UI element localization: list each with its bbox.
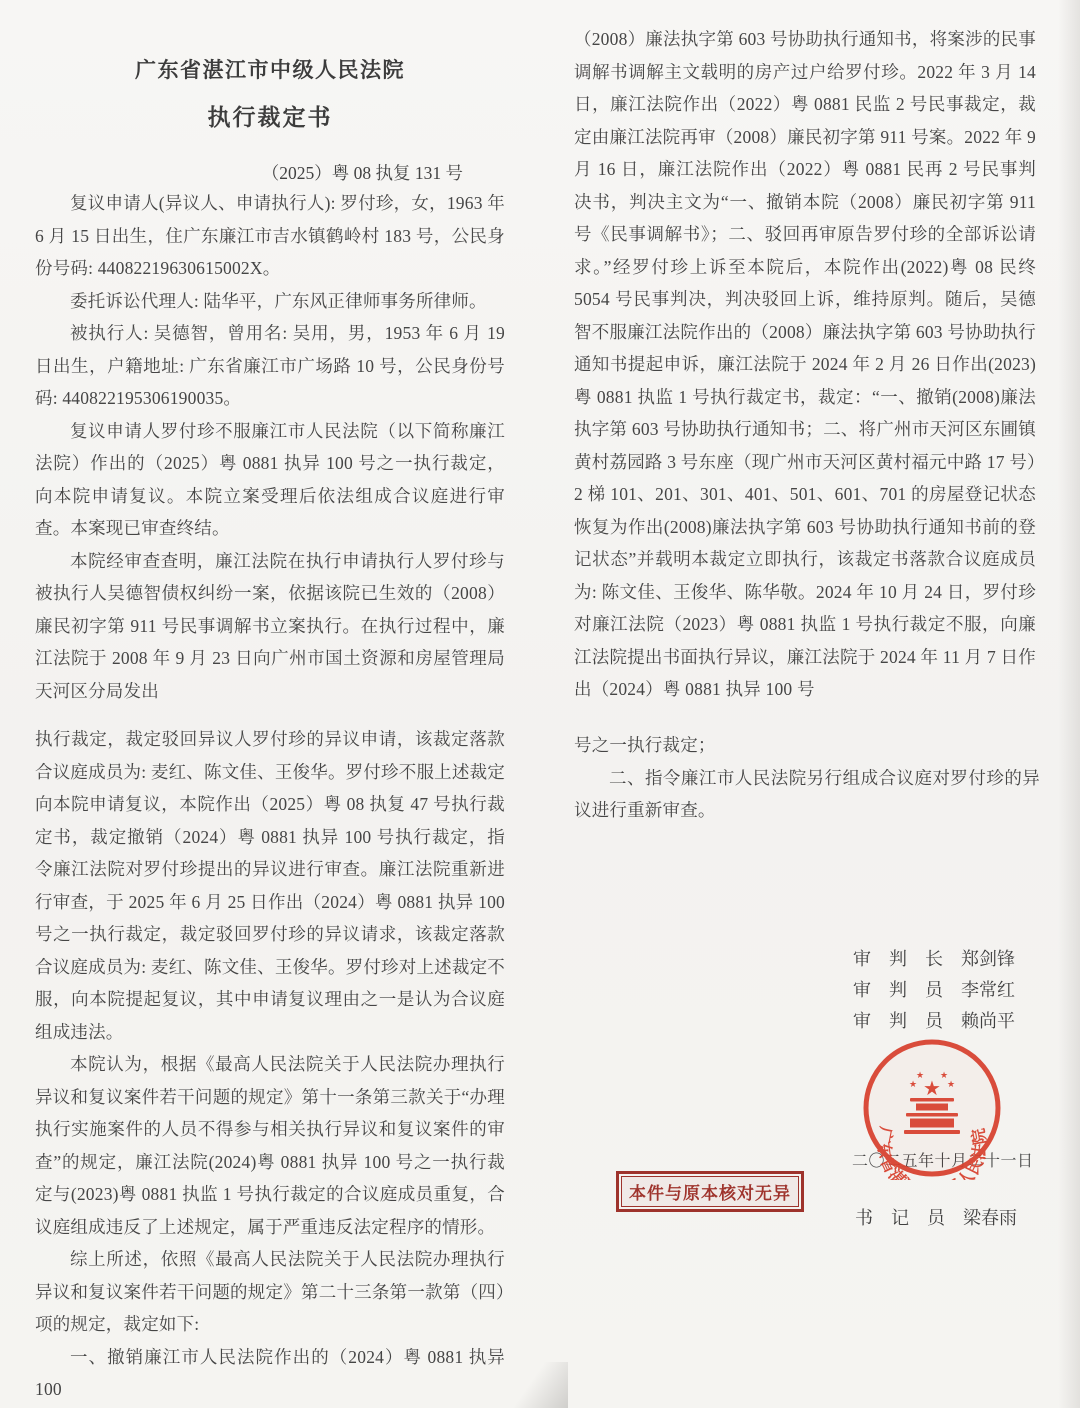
paragraph: 综上所述，依照《最高人民法院关于人民法院办理执行异议和复议案件若干问题的规定》第… (35, 1243, 505, 1341)
scan-edge-shadow (1058, 0, 1080, 1408)
case-number: （2025）粤 08 执复 131 号 (35, 160, 505, 186)
paragraph: 执行裁定，裁定驳回异议人罗付珍的异议申请，该裁定落款合议庭成员为: 麦红、陈文佳… (35, 723, 505, 1048)
svg-text:★: ★ (923, 1078, 941, 1100)
court-name: 广东省湛江市中级人民法院 (35, 55, 505, 85)
judge-name: 赖尚平 (961, 1011, 1015, 1031)
judge-role: 审 判 员 (853, 980, 943, 1000)
judge-role: 审 判 员 (853, 1011, 943, 1031)
svg-text:★: ★ (947, 1079, 955, 1089)
paragraph: 委托诉讼代理人: 陆华平，广东风正律师事务所律师。 (35, 285, 505, 318)
judge-name: 郑剑锋 (961, 949, 1015, 969)
svg-text:★: ★ (916, 1070, 924, 1080)
paragraph: 号之一执行裁定； (574, 729, 1040, 762)
page-4-body: 号之一执行裁定； 二、指令廉江市人民法院另行组成合议庭对罗付珍的异议进行重新审查… (574, 729, 1040, 827)
judge-name: 李常红 (961, 980, 1015, 1000)
page-2-body: （2008）廉法执字第 603 号协助执行通知书，将案涉的民事调解书调解主文载明… (574, 23, 1036, 706)
paragraph: 复议申请人罗付珍不服廉江市人民法院（以下简称廉江法院）作出的（2025）粤 08… (35, 415, 505, 545)
page-2: （2008）廉法执字第 603 号协助执行通知书，将案涉的民事调解书调解主文载明… (574, 22, 1036, 706)
document-scan: 广东省湛江市中级人民法院 执行裁定书 （2025）粤 08 执复 131 号 复… (0, 0, 1080, 1408)
signature-block: 审 判 长郑剑锋 审 判 员李常红 审 判 员赖尚平 (853, 944, 1015, 1037)
paragraph: 复议申请人(异议人、申请执行人): 罗付珍，女，1963 年 6 月 15 日出… (35, 187, 505, 285)
paragraph: 一、撤销廉江市人民法院作出的（2024）粤 0881 执异 100 (35, 1341, 505, 1406)
judge-row: 审 判 员李常红 (853, 975, 1015, 1006)
document-title: 执行裁定书 (35, 103, 505, 133)
presiding-judge-row: 审 判 长郑剑锋 (853, 944, 1015, 975)
paragraph: （2008）廉法执字第 603 号协助执行通知书，将案涉的民事调解书调解主文载明… (574, 23, 1036, 706)
verification-stamp: 本件与原本核对无异 (621, 1176, 799, 1207)
page-1-body: 复议申请人(异议人、申请执行人): 罗付珍，女，1963 年 6 月 15 日出… (35, 187, 505, 707)
clerk-role: 书 记 员 (855, 1208, 945, 1228)
paragraph: 本院经审查查明，廉江法院在执行申请执行人罗付珍与被执行人吴德智债权纠纷一案，依据… (35, 545, 505, 708)
judge-row: 审 判 员赖尚平 (853, 1006, 1015, 1037)
clerk-row: 书 记 员梁春雨 (855, 1204, 1017, 1230)
judge-role: 审 判 长 (853, 949, 943, 969)
page-1: 广东省湛江市中级人民法院 执行裁定书 （2025）粤 08 执复 131 号 复… (35, 40, 505, 707)
paragraph: 被执行人: 吴德智，曾用名: 吴用，男，1953 年 6 月 19 日出生，户籍… (35, 317, 505, 415)
page-4: 号之一执行裁定； 二、指令廉江市人民法院另行组成合议庭对罗付珍的异议进行重新审查… (574, 728, 1040, 827)
scan-streak (468, 1362, 568, 1408)
clerk-name: 梁春雨 (963, 1208, 1017, 1228)
court-seal-icon: 广东省湛江市中级人民法院 ★ ★ ★ ★ ★ (860, 1036, 1004, 1180)
page-3-body: 执行裁定，裁定驳回异议人罗付珍的异议申请，该裁定落款合议庭成员为: 麦红、陈文佳… (35, 723, 505, 1406)
paragraph: 本院认为，根据《最高人民法院关于人民法院办理执行异议和复议案件若干问题的规定》第… (35, 1048, 505, 1243)
svg-text:★: ★ (909, 1079, 917, 1089)
paragraph: 二、指令廉江市人民法院另行组成合议庭对罗付珍的异议进行重新审查。 (574, 762, 1040, 827)
page-3: 执行裁定，裁定驳回异议人罗付珍的异议申请，该裁定落款合议庭成员为: 麦红、陈文佳… (35, 722, 505, 1406)
